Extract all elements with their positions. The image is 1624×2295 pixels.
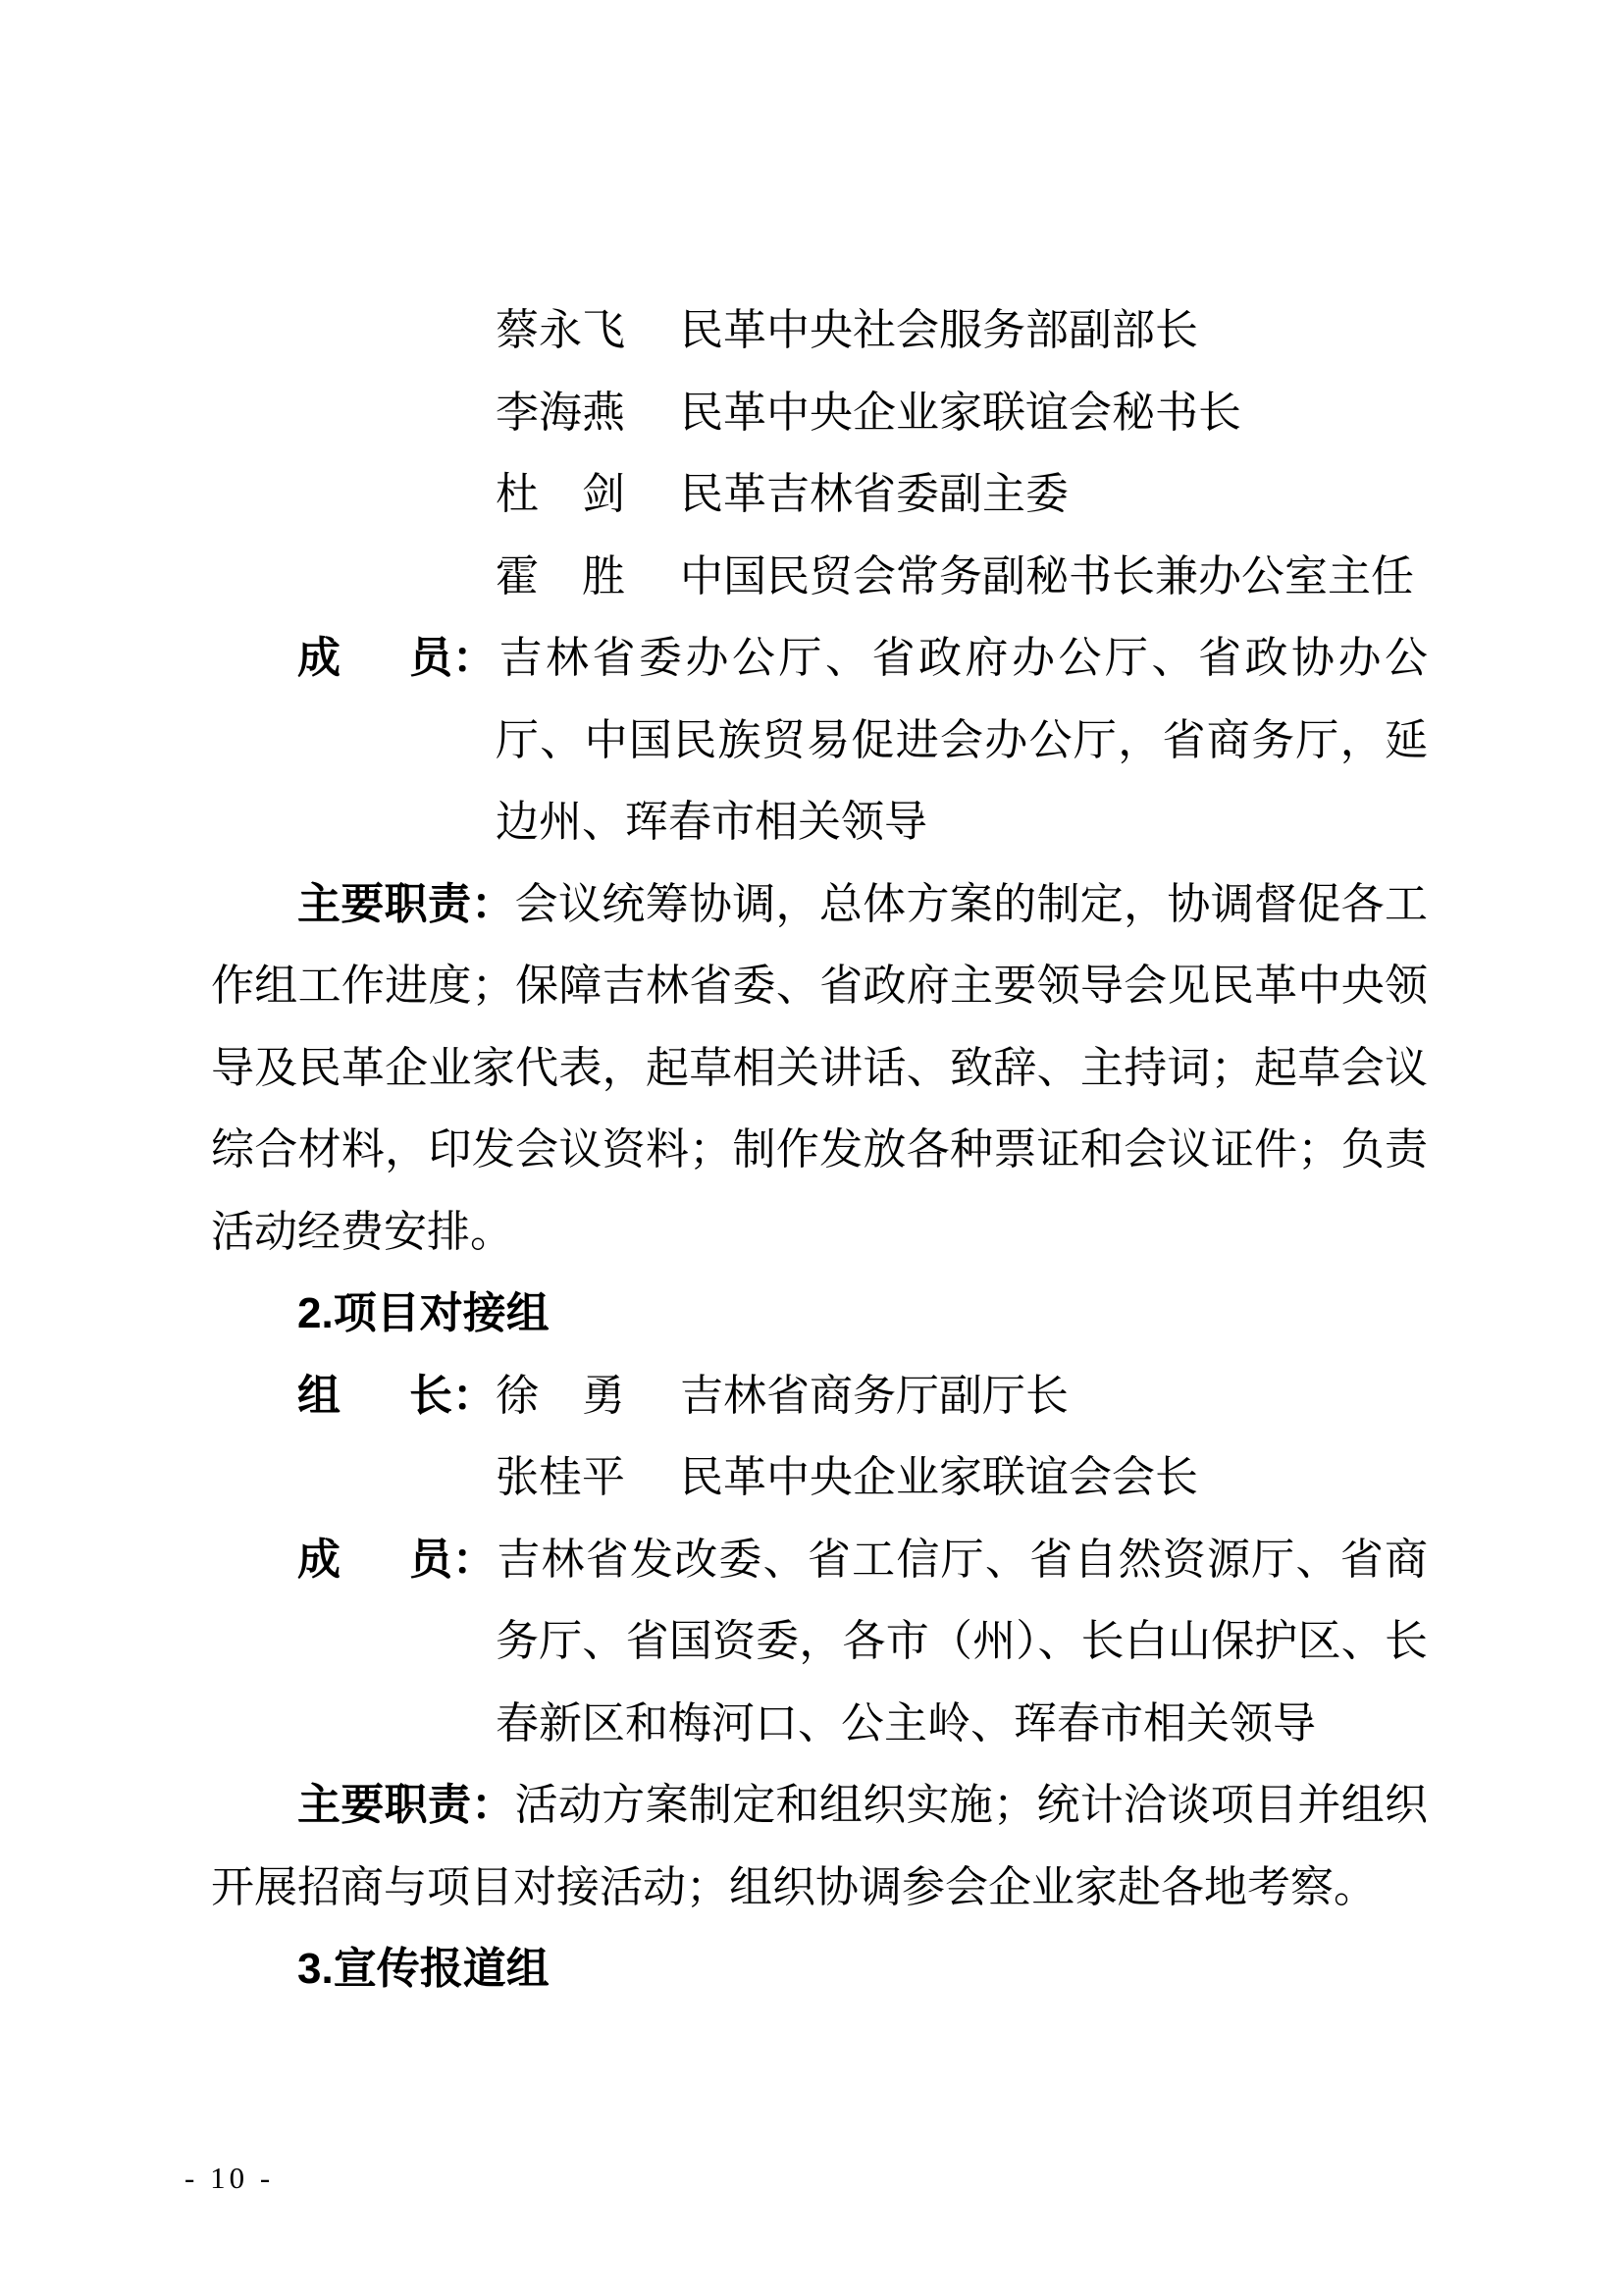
- leader-title: 中国民贸会常务副秘书长兼办公室主任: [680, 552, 1414, 600]
- section-heading-project-group: 2.项目对接组: [211, 1273, 1428, 1355]
- members-label: 成员：: [297, 1519, 496, 1601]
- leader-label: 组长：: [297, 1355, 496, 1437]
- group1-members-paragraph: 成员：吉林省委办公厅、省政府办公厅、省政协办公厅、中国民族贸易促进会办公厅，省商…: [211, 617, 1428, 863]
- group1-duties-paragraph: 主要职责：会议统筹协调，总体方案的制定，协调督促各工作组工作进度；保障吉林省委、…: [211, 863, 1428, 1274]
- deputy-leader-line: 蔡永飞民革中央社会服务部副部长: [211, 289, 1428, 372]
- members-label: 成员：: [297, 617, 496, 700]
- group2-leader-line: 组长：徐 勇吉林省商务厅副厅长: [211, 1355, 1428, 1437]
- group2-duties-paragraph: 主要职责：活动方案制定和组织实施；统计洽谈项目并组织 开展招商与项目对接活动；组…: [211, 1764, 1428, 1928]
- duties-text: 会议统筹协调，总体方案的制定，协调督促各工作组工作进度；保障吉林省委、省政府主要…: [211, 880, 1428, 1256]
- members-text: 吉林省发改委、省工信厅、省自然资源厅、省商务厅、省国资委，各市（州）、长白山保护…: [496, 1536, 1428, 1747]
- document-page: 蔡永飞民革中央社会服务部副部长 李海燕民革中央企业家联谊会秘书长 杜 剑民革吉林…: [0, 0, 1624, 2295]
- deputy-leader-line: 杜 剑民革吉林省委副主委: [211, 453, 1428, 536]
- leader-title: 吉林省商务厅副厅长: [680, 1372, 1069, 1420]
- duties-label: 主要职责：: [297, 1781, 515, 1829]
- members-label-right: 员：: [409, 617, 496, 700]
- members-label-left: 成: [297, 1519, 341, 1601]
- leader-label-right: 长：: [409, 1355, 496, 1437]
- document-body: 蔡永飞民革中央社会服务部副部长 李海燕民革中央企业家联谊会秘书长 杜 剑民革吉林…: [211, 289, 1428, 2010]
- group2-leader-line: 张桂平民革中央企业家联谊会会长: [211, 1436, 1428, 1519]
- leader-title: 民革中央企业家联谊会秘书长: [680, 389, 1241, 437]
- leader-title: 民革吉林省委副主委: [680, 470, 1069, 518]
- leader-name: 张桂平: [496, 1436, 680, 1519]
- leader-title: 民革中央企业家联谊会会长: [680, 1453, 1198, 1501]
- leader-name: 徐 勇: [496, 1355, 680, 1437]
- leader-name: 杜 剑: [496, 453, 680, 536]
- group2-members-paragraph: 成员：吉林省发改委、省工信厅、省自然资源厅、省商务厅、省国资委，各市（州）、长白…: [211, 1519, 1428, 1765]
- leader-name: 李海燕: [496, 372, 680, 454]
- members-label-left: 成: [297, 617, 341, 700]
- leader-name: 蔡永飞: [496, 289, 680, 372]
- leader-title: 民革中央社会服务部副部长: [680, 306, 1198, 354]
- members-label-right: 员：: [409, 1519, 496, 1601]
- deputy-leader-line: 霍 胜中国民贸会常务副秘书长兼办公室主任: [211, 536, 1428, 618]
- leader-label-left: 组: [297, 1355, 341, 1437]
- duties-label: 主要职责：: [297, 880, 515, 928]
- page-number: - 10 -: [184, 2157, 274, 2200]
- leader-name: 霍 胜: [496, 536, 680, 618]
- deputy-leader-line: 李海燕民革中央企业家联谊会秘书长: [211, 372, 1428, 454]
- section-heading-publicity-group: 3.宣传报道组: [211, 1928, 1428, 2010]
- members-text: 吉林省委办公厅、省政府办公厅、省政协办公厅、中国民族贸易促进会办公厅，省商务厅，…: [496, 634, 1428, 846]
